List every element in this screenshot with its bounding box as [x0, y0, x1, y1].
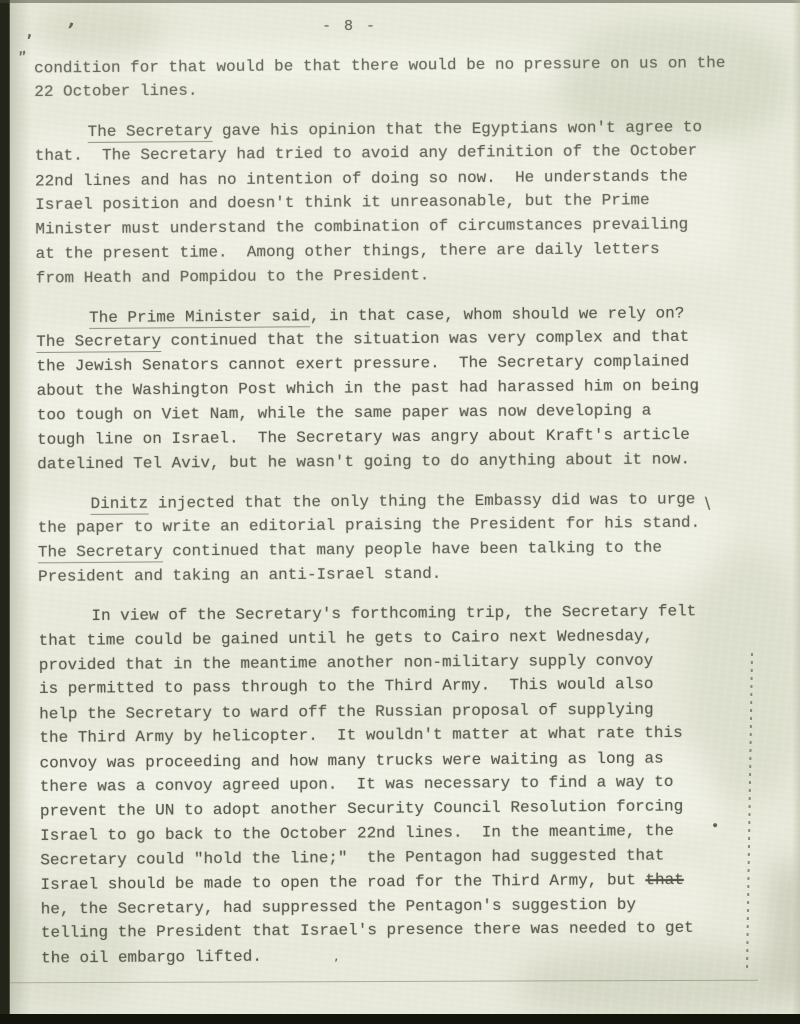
- text-segment: Israel to go back to the October 22nd li…: [40, 822, 674, 845]
- text-segment: provided that in the meantime another no…: [39, 651, 654, 674]
- text-segment: help the Secretary to ward off the Russi…: [39, 700, 654, 723]
- text-segment: that. The Secretary had tried to avoid a…: [35, 142, 698, 165]
- text-segment: too tough on Viet Nam, while the same pa…: [37, 402, 652, 425]
- text-segment: In view of the Secretary's forthcoming t…: [91, 602, 696, 625]
- scan-edge-right: [792, 0, 800, 1024]
- text-segment: Israel position and doesn't think it unr…: [35, 191, 650, 214]
- text-segment: telling the President that Israel's pres…: [41, 919, 694, 942]
- underlined-text: Dinitz: [90, 494, 148, 514]
- text-segment: at the present time. Among other things,…: [35, 240, 659, 263]
- scan-edge-bottom: [0, 1014, 800, 1024]
- text-segment: injected that the only thing the Embassy…: [148, 490, 695, 512]
- text-segment: President and taking an anti-Israel stan…: [38, 565, 441, 586]
- text-segment: Secretary could "hold the line;" the Pen…: [40, 847, 664, 870]
- text-segment: convoy was proceeding and how many truck…: [39, 749, 663, 772]
- text-line: datelined Tel Aviv, but he wasn't going …: [37, 447, 759, 477]
- text-segment: continued that the situation was very co…: [161, 328, 689, 350]
- text-segment: the Third Army by helicopter. It wouldn'…: [39, 724, 682, 747]
- paragraph: Dinitz injected that the only thing the …: [37, 486, 760, 589]
- text-segment: is permitted to pass through to the Thir…: [39, 675, 654, 698]
- stray-mark: ●: [713, 822, 717, 829]
- text-segment: the Jewish Senators cannot exert pressur…: [36, 353, 689, 376]
- scan-edge-left-shadow: [9, 0, 31, 1024]
- text-segment: from Heath and Pompidou to the President…: [36, 267, 430, 288]
- text-segment: datelined Tel Aviv, but he wasn't going …: [37, 450, 690, 473]
- page-number: - 8 -: [322, 18, 377, 35]
- text-segment: gave his opinion that the Egyptians won'…: [212, 118, 702, 140]
- text-segment: 22 October lines.: [34, 82, 197, 101]
- underlined-text: The Secretary: [88, 122, 213, 143]
- paragraph: The Secretary gave his opinion that the …: [35, 114, 758, 291]
- text-segment: he, the Secretary, had suppressed the Pe…: [41, 896, 636, 919]
- text-segment: , in that case, whom should we rely on?: [310, 304, 685, 325]
- text-segment: Minister must understand the combination…: [35, 216, 688, 239]
- paragraph: In view of the Secretary's forthcoming t…: [38, 598, 763, 970]
- document-body: condition for that would be that there w…: [34, 50, 763, 970]
- stray-mark: ’: [333, 959, 339, 969]
- text-segment: condition for that would be that there w…: [34, 54, 725, 77]
- stray-mark: ,: [50, 950, 57, 961]
- scanned-document-page: - 8 - condition for that would be that t…: [0, 0, 800, 1024]
- text-segment: 22nd lines and has no intention of doing…: [35, 167, 688, 190]
- text-segment: there was a convoy agreed upon. It was n…: [40, 773, 674, 796]
- paragraph: The Prime Minister said, in that case, w…: [36, 300, 759, 477]
- underlined-text: The Secretary: [38, 543, 163, 564]
- text-line: from Heath and Pompidou to the President…: [36, 261, 758, 291]
- paper-stain: [40, 0, 160, 60]
- scan-edge-top: [0, 0, 800, 3]
- struck-text: that: [645, 871, 684, 889]
- paragraph: condition for that would be that there w…: [34, 50, 756, 104]
- text-segment: that time could be gained until he gets …: [39, 627, 654, 650]
- text-segment: the paper to write an editorial praising…: [38, 514, 701, 537]
- underlined-text: The Secretary: [36, 332, 161, 353]
- underlined-text: The Prime Minister said: [89, 307, 310, 329]
- text-segment: tough line on Israel. The Secretary was …: [37, 426, 690, 449]
- text-segment: about the Washington Post which in the p…: [37, 377, 700, 400]
- text-segment: the oil embargo lifted.: [41, 947, 262, 967]
- text-segment: continued that many people have been tal…: [163, 539, 662, 561]
- text-segment: Israel should be made to open the road f…: [40, 871, 645, 894]
- text-segment: prevent the UN to adopt another Security…: [40, 798, 683, 821]
